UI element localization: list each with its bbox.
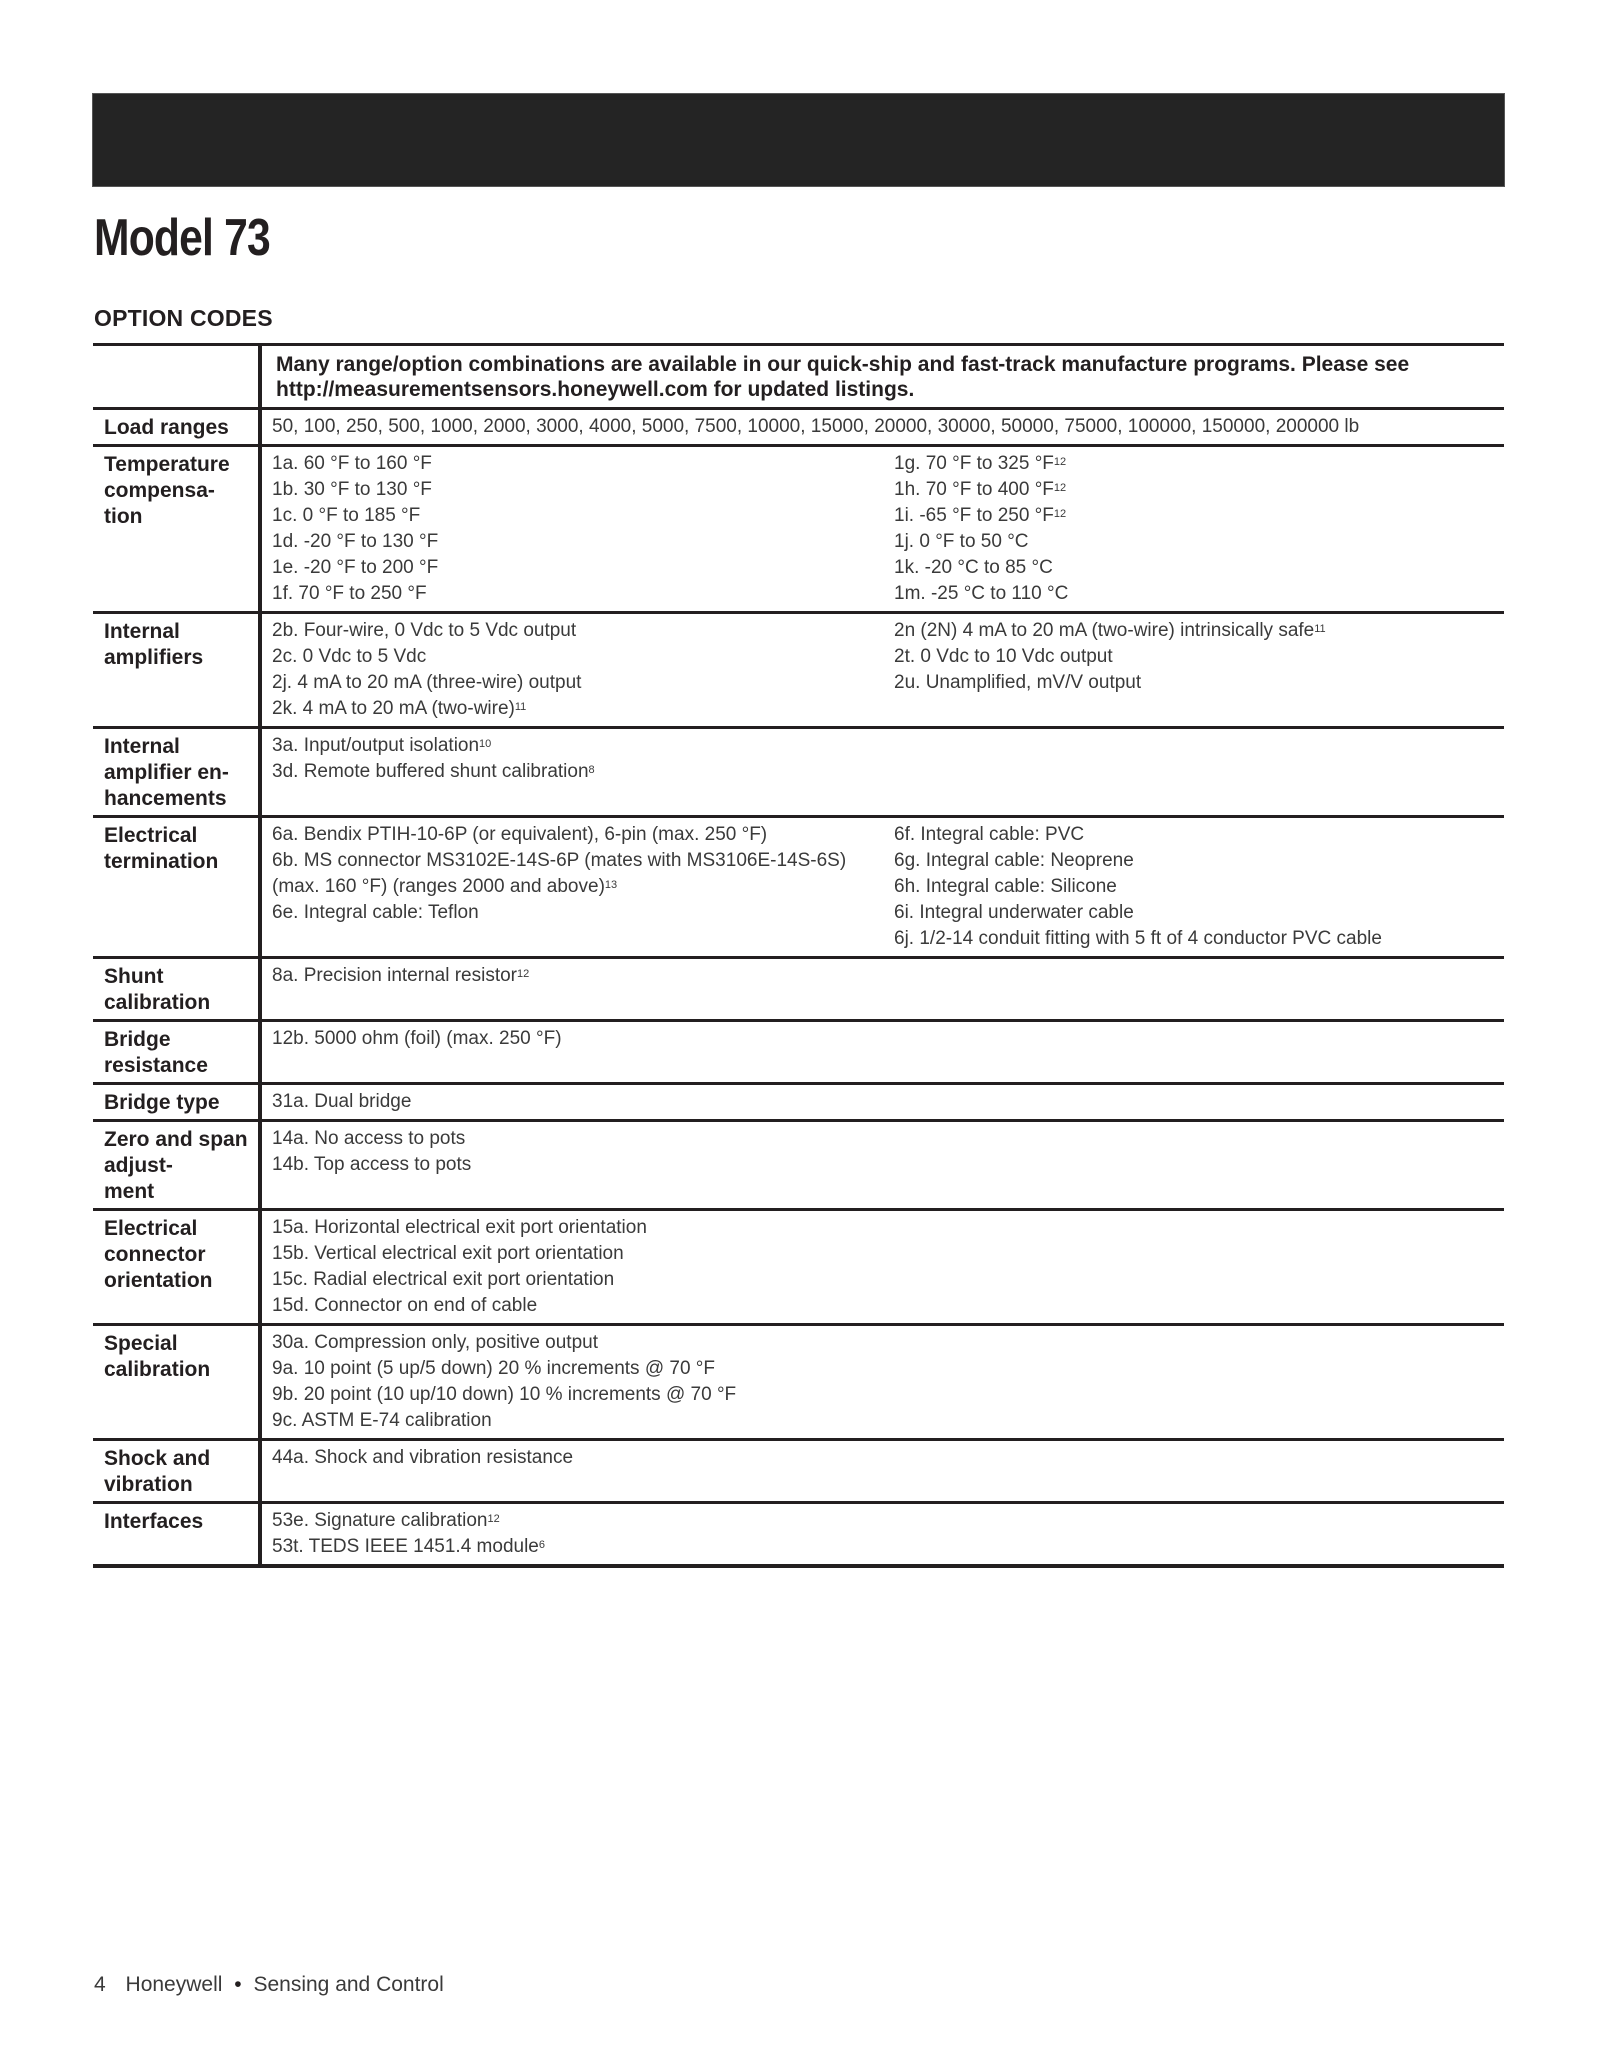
options-column-right: 6f. Integral cable: PVC6g. Integral cabl… bbox=[894, 822, 1494, 952]
option-text: 15b. Vertical electrical exit port orien… bbox=[272, 1243, 624, 1264]
option-item: 14b. Top access to pots bbox=[272, 1152, 1494, 1178]
option-text: 15c. Radial electrical exit port orienta… bbox=[272, 1269, 614, 1290]
option-item: 15c. Radial electrical exit port orienta… bbox=[272, 1267, 1494, 1293]
footer-division: Sensing and Control bbox=[253, 1973, 443, 1996]
row-options: 8a. Precision internal resistor12 bbox=[260, 958, 1504, 1021]
table-row: Shunt calibration8a. Precision internal … bbox=[93, 958, 1504, 1021]
table-row: Electrical connector orientation15a. Hor… bbox=[93, 1210, 1504, 1325]
footnote-ref: 8 bbox=[589, 764, 595, 776]
option-item: 50, 100, 250, 500, 1000, 2000, 3000, 400… bbox=[272, 414, 1494, 440]
footnote-ref: 11 bbox=[515, 701, 526, 713]
table-row: Interfaces53e. Signature calibration1253… bbox=[93, 1503, 1504, 1567]
options-column-left: 1a. 60 °F to 160 °F1b. 30 °F to 130 °F1c… bbox=[272, 451, 894, 607]
row-label: Interfaces bbox=[93, 1503, 260, 1567]
option-item: 2b. Four-wire, 0 Vdc to 5 Vdc output bbox=[272, 618, 894, 644]
option-text: 14b. Top access to pots bbox=[272, 1154, 471, 1175]
option-item: 44a. Shock and vibration resistance bbox=[272, 1445, 1494, 1471]
note-label-cell bbox=[93, 345, 260, 409]
page-title: Model 73 bbox=[94, 208, 270, 268]
option-text: 2u. Unamplified, mV/V output bbox=[894, 672, 1141, 693]
option-item: 1a. 60 °F to 160 °F bbox=[272, 451, 894, 477]
options-column-right: 2n (2N) 4 mA to 20 mA (two-wire) intrins… bbox=[894, 618, 1494, 722]
option-item: 53t. TEDS IEEE 1451.4 module6 bbox=[272, 1534, 1494, 1560]
row-options: 1a. 60 °F to 160 °F1b. 30 °F to 130 °F1c… bbox=[260, 446, 1504, 613]
option-text: 9b. 20 point (10 up/10 down) 10 % increm… bbox=[272, 1384, 736, 1405]
option-item: 3d. Remote buffered shunt calibration8 bbox=[272, 759, 1494, 785]
options-column-left: 53e. Signature calibration1253t. TEDS IE… bbox=[272, 1508, 1494, 1560]
footnote-ref: 12 bbox=[1054, 482, 1066, 494]
row-options: 50, 100, 250, 500, 1000, 2000, 3000, 400… bbox=[260, 409, 1504, 446]
option-item: 1g. 70 °F to 325 °F12 bbox=[894, 451, 1494, 477]
table-row: Temperature compensa-tion1a. 60 °F to 16… bbox=[93, 446, 1504, 613]
row-options: 53e. Signature calibration1253t. TEDS IE… bbox=[260, 1503, 1504, 1567]
option-text: 1f. 70 °F to 250 °F bbox=[272, 583, 427, 604]
option-item: 1m. -25 °C to 110 °C bbox=[894, 581, 1494, 607]
table-row: Special calibration30a. Compression only… bbox=[93, 1325, 1504, 1440]
options-column-left: 3a. Input/output isolation103d. Remote b… bbox=[272, 733, 1494, 785]
option-item: 6h. Integral cable: Silicone bbox=[894, 874, 1494, 900]
option-item: 6a. Bendix PTIH-10-6P (or equivalent), 6… bbox=[272, 822, 894, 848]
option-item: 31a. Dual bridge bbox=[272, 1089, 1494, 1115]
table-row: Bridge type31a. Dual bridge bbox=[93, 1084, 1504, 1121]
option-text: 44a. Shock and vibration resistance bbox=[272, 1447, 573, 1468]
options-column-left: 15a. Horizontal electrical exit port ori… bbox=[272, 1215, 1494, 1319]
option-item: 1h. 70 °F to 400 °F12 bbox=[894, 477, 1494, 503]
option-item: 2u. Unamplified, mV/V output bbox=[894, 670, 1494, 696]
table-row: Electrical termination6a. Bendix PTIH-10… bbox=[93, 817, 1504, 958]
option-item: 1d. -20 °F to 130 °F bbox=[272, 529, 894, 555]
footnote-ref: 12 bbox=[487, 1513, 499, 1525]
option-text: 1c. 0 °F to 185 °F bbox=[272, 505, 420, 526]
option-item: 9c. ASTM E-74 calibration bbox=[272, 1408, 1494, 1434]
option-text: 2c. 0 Vdc to 5 Vdc bbox=[272, 646, 426, 667]
option-item: 15d. Connector on end of cable bbox=[272, 1293, 1494, 1319]
row-label: Electrical termination bbox=[93, 817, 260, 958]
options-column-left: 6a. Bendix PTIH-10-6P (or equivalent), 6… bbox=[272, 822, 894, 952]
options-column-left: 14a. No access to pots14b. Top access to… bbox=[272, 1126, 1494, 1178]
option-text: 6h. Integral cable: Silicone bbox=[894, 876, 1117, 897]
option-text: 6e. Integral cable: Teflon bbox=[272, 902, 479, 923]
option-item: 1b. 30 °F to 130 °F bbox=[272, 477, 894, 503]
option-text: 3a. Input/output isolation bbox=[272, 735, 479, 756]
option-text: 1i. -65 °F to 250 °F bbox=[894, 505, 1054, 526]
table-row: Internal amplifier en-hancements3a. Inpu… bbox=[93, 728, 1504, 817]
option-text: 1d. -20 °F to 130 °F bbox=[272, 531, 438, 552]
option-text: 6a. Bendix PTIH-10-6P (or equivalent), 6… bbox=[272, 824, 767, 845]
row-label: Internal amplifier en-hancements bbox=[93, 728, 260, 817]
option-text: 2t. 0 Vdc to 10 Vdc output bbox=[894, 646, 1113, 667]
footer-brand: Honeywell bbox=[126, 1973, 223, 1996]
header-bar bbox=[92, 93, 1505, 187]
footnote-ref: 12 bbox=[1054, 508, 1066, 520]
option-text: 12b. 5000 ohm (foil) (max. 250 °F) bbox=[272, 1028, 562, 1049]
option-item: 1f. 70 °F to 250 °F bbox=[272, 581, 894, 607]
option-text: 53e. Signature calibration bbox=[272, 1510, 487, 1531]
option-text: 2n (2N) 4 mA to 20 mA (two-wire) intrins… bbox=[894, 620, 1314, 641]
option-codes-table: Many range/option combinations are avail… bbox=[93, 343, 1504, 1568]
option-text: 2j. 4 mA to 20 mA (three-wire) output bbox=[272, 672, 581, 693]
table-row: Zero and span adjust-ment14a. No access … bbox=[93, 1121, 1504, 1210]
option-item: 53e. Signature calibration12 bbox=[272, 1508, 1494, 1534]
page-footer: 4 Honeywell • Sensing and Control bbox=[94, 1973, 444, 1997]
option-item: 30a. Compression only, positive output bbox=[272, 1330, 1494, 1356]
option-text: 3d. Remote buffered shunt calibration bbox=[272, 761, 589, 782]
option-text: 2b. Four-wire, 0 Vdc to 5 Vdc output bbox=[272, 620, 576, 641]
option-text: 9a. 10 point (5 up/5 down) 20 % incremen… bbox=[272, 1358, 715, 1379]
footnote-ref: 12 bbox=[1054, 456, 1066, 468]
option-item: 15b. Vertical electrical exit port orien… bbox=[272, 1241, 1494, 1267]
option-text: 53t. TEDS IEEE 1451.4 module bbox=[272, 1536, 539, 1557]
option-text: 31a. Dual bridge bbox=[272, 1091, 411, 1112]
option-item: 2n (2N) 4 mA to 20 mA (two-wire) intrins… bbox=[894, 618, 1494, 644]
footer-separator: • bbox=[234, 1973, 241, 1996]
option-text: 2k. 4 mA to 20 mA (two-wire) bbox=[272, 698, 515, 719]
row-options: 30a. Compression only, positive output9a… bbox=[260, 1325, 1504, 1440]
option-item: 1k. -20 °C to 85 °C bbox=[894, 555, 1494, 581]
footnote-ref: 6 bbox=[539, 1539, 545, 1551]
option-text: 6j. 1/2-14 conduit fitting with 5 ft of … bbox=[894, 928, 1382, 949]
row-label: Shock and vibration bbox=[93, 1440, 260, 1503]
options-column-left: 50, 100, 250, 500, 1000, 2000, 3000, 400… bbox=[272, 414, 1494, 440]
option-text: 8a. Precision internal resistor bbox=[272, 965, 517, 986]
row-label: Special calibration bbox=[93, 1325, 260, 1440]
row-options: 14a. No access to pots14b. Top access to… bbox=[260, 1121, 1504, 1210]
option-item: 12b. 5000 ohm (foil) (max. 250 °F) bbox=[272, 1026, 1494, 1052]
option-item: 2c. 0 Vdc to 5 Vdc bbox=[272, 644, 894, 670]
option-text: 1m. -25 °C to 110 °C bbox=[894, 583, 1068, 604]
option-item: 6f. Integral cable: PVC bbox=[894, 822, 1494, 848]
option-text: 1k. -20 °C to 85 °C bbox=[894, 557, 1053, 578]
option-item: 2k. 4 mA to 20 mA (two-wire)11 bbox=[272, 696, 894, 722]
option-item: 3a. Input/output isolation10 bbox=[272, 733, 1494, 759]
page-number: 4 bbox=[94, 1973, 106, 1996]
footnote-ref: 10 bbox=[479, 738, 491, 750]
option-item: 9a. 10 point (5 up/5 down) 20 % incremen… bbox=[272, 1356, 1494, 1382]
option-item: 1j. 0 °F to 50 °C bbox=[894, 529, 1494, 555]
option-item: 6i. Integral underwater cable bbox=[894, 900, 1494, 926]
option-item: 6b. MS connector MS3102E-14S-6P (mates w… bbox=[272, 848, 894, 900]
option-text: 1e. -20 °F to 200 °F bbox=[272, 557, 438, 578]
footnote-ref: 12 bbox=[517, 968, 529, 980]
table-row: Shock and vibration44a. Shock and vibrat… bbox=[93, 1440, 1504, 1503]
footnote-ref: 13 bbox=[605, 879, 617, 891]
row-options: 15a. Horizontal electrical exit port ori… bbox=[260, 1210, 1504, 1325]
option-item: 2j. 4 mA to 20 mA (three-wire) output bbox=[272, 670, 894, 696]
option-item: 15a. Horizontal electrical exit port ori… bbox=[272, 1215, 1494, 1241]
table-row: Internal amplifiers2b. Four-wire, 0 Vdc … bbox=[93, 613, 1504, 728]
footnote-ref: 11 bbox=[1314, 623, 1325, 635]
option-item: 8a. Precision internal resistor12 bbox=[272, 963, 1494, 989]
options-column-left: 2b. Four-wire, 0 Vdc to 5 Vdc output2c. … bbox=[272, 618, 894, 722]
option-item: 1c. 0 °F to 185 °F bbox=[272, 503, 894, 529]
table-row: Load ranges50, 100, 250, 500, 1000, 2000… bbox=[93, 409, 1504, 446]
table-row: Bridge resistance12b. 5000 ohm (foil) (m… bbox=[93, 1021, 1504, 1084]
option-text: 30a. Compression only, positive output bbox=[272, 1332, 598, 1353]
row-label: Bridge resistance bbox=[93, 1021, 260, 1084]
row-options: 6a. Bendix PTIH-10-6P (or equivalent), 6… bbox=[260, 817, 1504, 958]
option-item: 6j. 1/2-14 conduit fitting with 5 ft of … bbox=[894, 926, 1494, 952]
option-text: 50, 100, 250, 500, 1000, 2000, 3000, 400… bbox=[272, 416, 1359, 437]
option-text: 6i. Integral underwater cable bbox=[894, 902, 1134, 923]
table-note: Many range/option combinations are avail… bbox=[260, 345, 1504, 409]
options-column-left: 8a. Precision internal resistor12 bbox=[272, 963, 1494, 989]
option-item: 14a. No access to pots bbox=[272, 1126, 1494, 1152]
option-item: 9b. 20 point (10 up/10 down) 10 % increm… bbox=[272, 1382, 1494, 1408]
option-item: 6e. Integral cable: Teflon bbox=[272, 900, 894, 926]
option-text: 1b. 30 °F to 130 °F bbox=[272, 479, 432, 500]
option-item: 1e. -20 °F to 200 °F bbox=[272, 555, 894, 581]
row-options: 3a. Input/output isolation103d. Remote b… bbox=[260, 728, 1504, 817]
table-note-row: Many range/option combinations are avail… bbox=[93, 345, 1504, 409]
options-column-left: 31a. Dual bridge bbox=[272, 1089, 1494, 1115]
option-item: 1i. -65 °F to 250 °F12 bbox=[894, 503, 1494, 529]
row-label: Internal amplifiers bbox=[93, 613, 260, 728]
option-text: 1j. 0 °F to 50 °C bbox=[894, 531, 1029, 552]
option-text: 15d. Connector on end of cable bbox=[272, 1295, 537, 1316]
option-text: 15a. Horizontal electrical exit port ori… bbox=[272, 1217, 647, 1238]
options-column-left: 44a. Shock and vibration resistance bbox=[272, 1445, 1494, 1471]
option-text: 1g. 70 °F to 325 °F bbox=[894, 453, 1054, 474]
row-label: Zero and span adjust-ment bbox=[93, 1121, 260, 1210]
options-column-left: 30a. Compression only, positive output9a… bbox=[272, 1330, 1494, 1434]
option-text: 6g. Integral cable: Neoprene bbox=[894, 850, 1134, 871]
options-column-right: 1g. 70 °F to 325 °F121h. 70 °F to 400 °F… bbox=[894, 451, 1494, 607]
option-item: 6g. Integral cable: Neoprene bbox=[894, 848, 1494, 874]
row-options: 44a. Shock and vibration resistance bbox=[260, 1440, 1504, 1503]
option-text: 1h. 70 °F to 400 °F bbox=[894, 479, 1054, 500]
option-text: 9c. ASTM E-74 calibration bbox=[272, 1410, 492, 1431]
section-heading: OPTION CODES bbox=[94, 305, 273, 332]
row-label: Electrical connector orientation bbox=[93, 1210, 260, 1325]
option-text: 6f. Integral cable: PVC bbox=[894, 824, 1084, 845]
row-label: Load ranges bbox=[93, 409, 260, 446]
options-column-left: 12b. 5000 ohm (foil) (max. 250 °F) bbox=[272, 1026, 1494, 1052]
option-text: 6b. MS connector MS3102E-14S-6P (mates w… bbox=[272, 850, 846, 897]
row-label: Bridge type bbox=[93, 1084, 260, 1121]
option-text: 14a. No access to pots bbox=[272, 1128, 465, 1149]
row-options: 12b. 5000 ohm (foil) (max. 250 °F) bbox=[260, 1021, 1504, 1084]
row-label: Temperature compensa-tion bbox=[93, 446, 260, 613]
row-options: 2b. Four-wire, 0 Vdc to 5 Vdc output2c. … bbox=[260, 613, 1504, 728]
option-item: 2t. 0 Vdc to 10 Vdc output bbox=[894, 644, 1494, 670]
option-text: 1a. 60 °F to 160 °F bbox=[272, 453, 432, 474]
row-options: 31a. Dual bridge bbox=[260, 1084, 1504, 1121]
row-label: Shunt calibration bbox=[93, 958, 260, 1021]
